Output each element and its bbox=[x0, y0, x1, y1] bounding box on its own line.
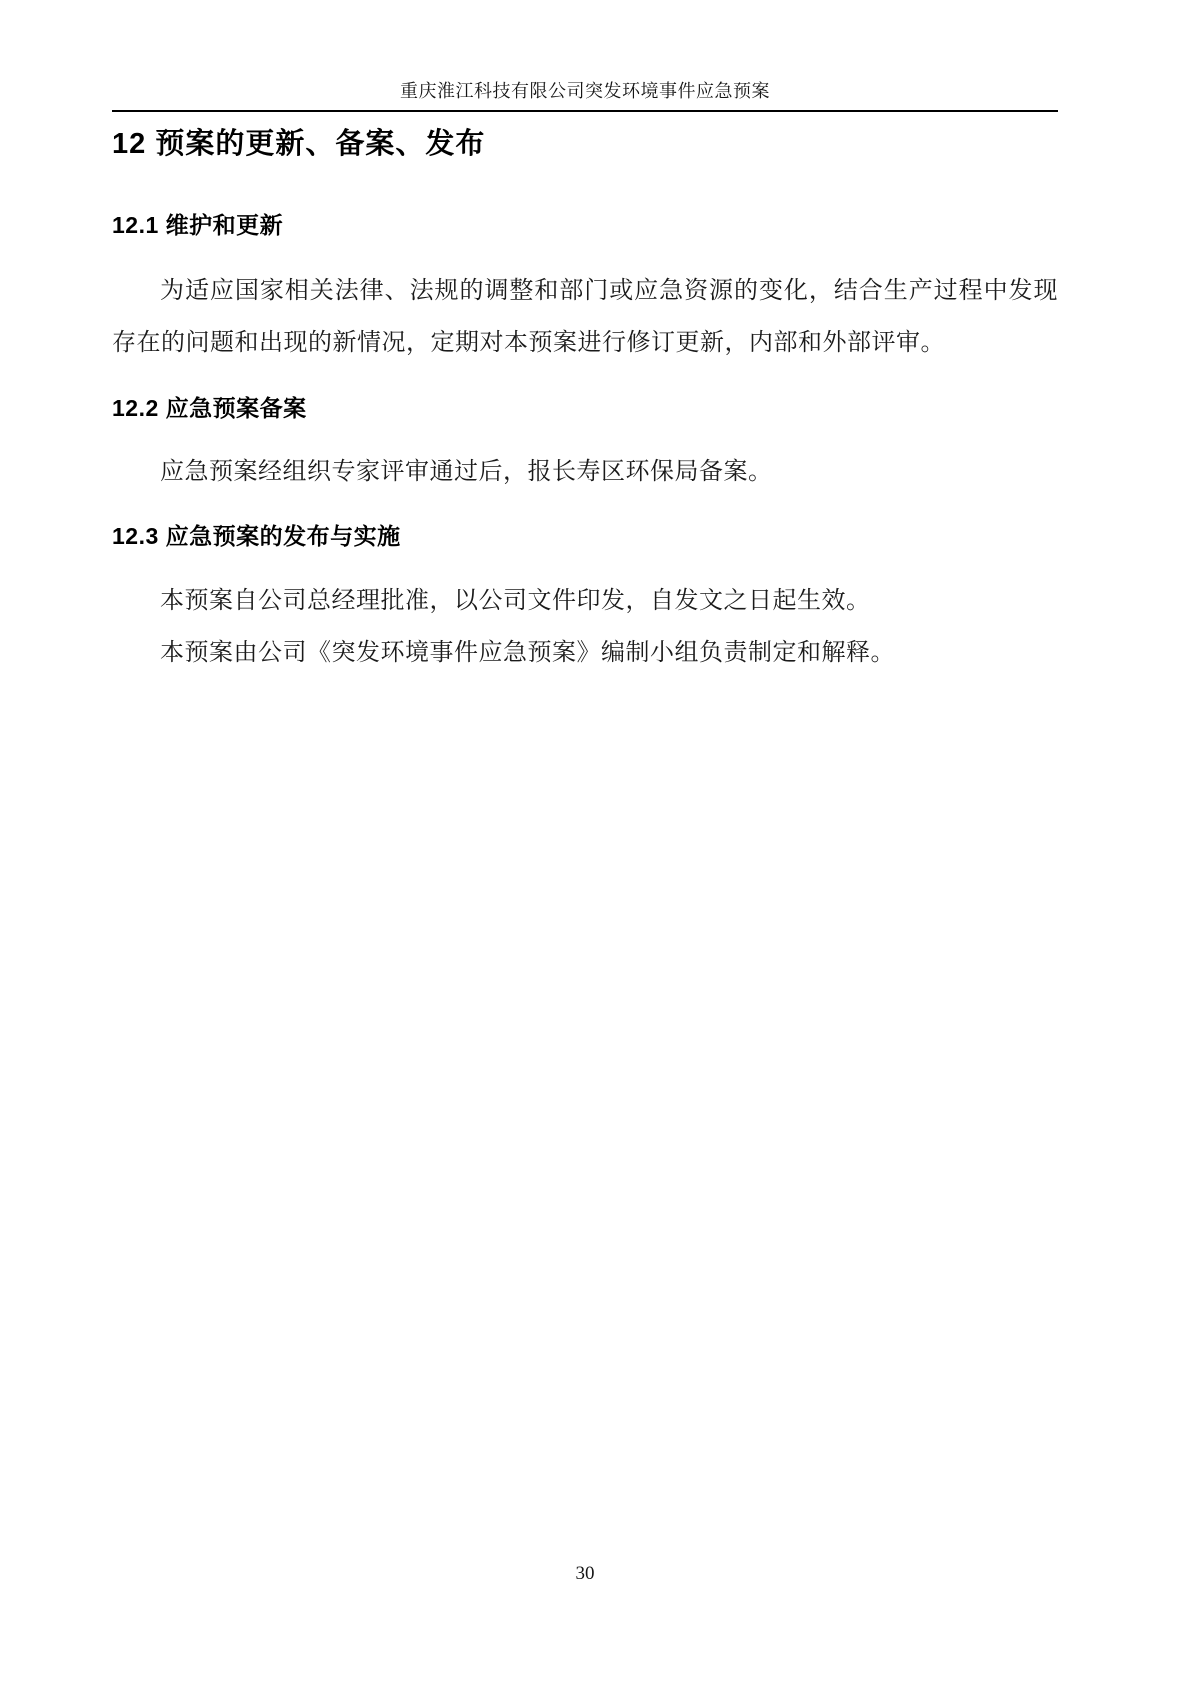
paragraph-12-3-a: 本预案自公司总经理批准，以公司文件印发，自发文之日起生效。 bbox=[112, 575, 1058, 627]
paragraph-12-1: 为适应国家相关法律、法规的调整和部门或应急资源的变化，结合生产过程中发现存在的问… bbox=[112, 265, 1058, 369]
section-heading-12-2: 12.2 应急预案备案 bbox=[112, 395, 1058, 422]
page-header: 重庆淮江科技有限公司突发环境事件应急预案 bbox=[112, 0, 1058, 112]
section-heading-12-1: 12.1 维护和更新 bbox=[112, 212, 1058, 239]
document-page: 重庆淮江科技有限公司突发环境事件应急预案 12 预案的更新、备案、发布 12.1… bbox=[0, 0, 1199, 1696]
chapter-heading: 12 预案的更新、备案、发布 bbox=[112, 127, 1058, 161]
section-heading-12-3: 12.3 应急预案的发布与实施 bbox=[112, 523, 1058, 550]
paragraph-12-3-b: 本预案由公司《突发环境事件应急预案》编制小组负责制定和解释。 bbox=[112, 627, 1058, 679]
page-number: 30 bbox=[576, 1563, 595, 1584]
header-title: 重庆淮江科技有限公司突发环境事件应急预案 bbox=[112, 80, 1058, 102]
page-content-column: 重庆淮江科技有限公司突发环境事件应急预案 12 预案的更新、备案、发布 12.1… bbox=[112, 0, 1058, 679]
page-footer: 30 bbox=[112, 1563, 1058, 1585]
paragraph-12-2: 应急预案经组织专家评审通过后，报长寿区环保局备案。 bbox=[112, 446, 1058, 498]
